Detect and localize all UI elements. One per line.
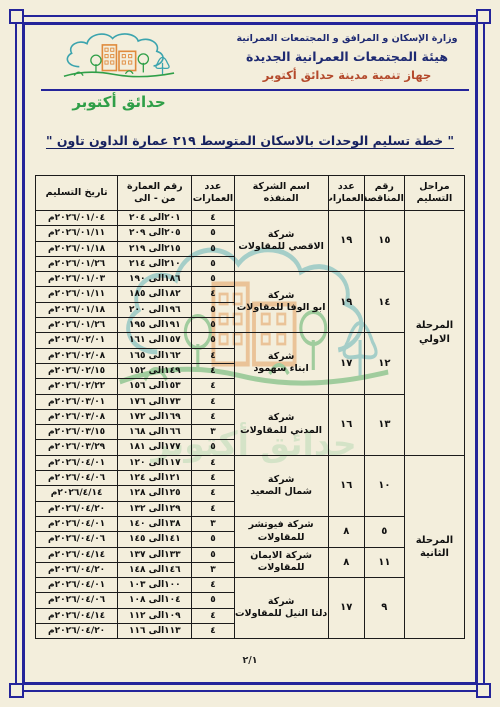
delivery-date-cell: ٢٠٢٦/٠١/١١م bbox=[36, 287, 118, 302]
delivery-date-cell: ٢٠٢٦/٠٤/٢٠م bbox=[36, 501, 118, 516]
delivery-date-cell: ٢٠٢٦/٠٤/٠١م bbox=[36, 455, 118, 470]
frame-corner-icon bbox=[476, 9, 491, 24]
delivery-date-cell: ٢٠٢٦/٠٢/٠١م bbox=[36, 333, 118, 348]
buildings-count-cell: ٥ bbox=[192, 318, 234, 333]
buildings-total-cell: ١٩ bbox=[328, 211, 364, 272]
building-range-cell: ١٣٣الى ١٣٧ bbox=[118, 547, 192, 562]
building-range-cell: ١٢٩الى ١٣٢ bbox=[118, 501, 192, 516]
delivery-date-cell: ٢٠٢٦/٠٤/٠١م bbox=[36, 516, 118, 531]
tender-number-cell: ٥ bbox=[364, 516, 404, 547]
tender-number-cell: ١٣ bbox=[364, 394, 404, 455]
city-logo-icon bbox=[49, 27, 189, 91]
header-text-block: وزارة الإسكان و المرافق و المجتمعات العم… bbox=[223, 33, 471, 82]
table-row: ١١٨شركة الايمان للمقاولات٥١٣٣الى ١٣٧٢٠٢٦… bbox=[36, 547, 465, 562]
table-row: المرحلة الثانية١٠١٦شركة شمال الصعيد٤١١٧ا… bbox=[36, 455, 465, 470]
buildings-count-cell: ٤ bbox=[192, 455, 234, 470]
company-name-cell: شركة دلتا النيل للمقاولات bbox=[234, 578, 328, 639]
building-range-cell: ١٠٩الى ١١٢ bbox=[118, 608, 192, 623]
col-header-buildings-count: عدد العمارات bbox=[192, 176, 234, 211]
building-range-cell: ٢٠١الى ٢٠٤ bbox=[118, 211, 192, 226]
col-header-company-name: اسم الشركة المنفذه bbox=[234, 176, 328, 211]
delivery-date-cell: ٢٠٢٦/٠١/٢٦م bbox=[36, 318, 118, 333]
agency-title: جهاز تنمية مدينة حدائق أكتوبر bbox=[223, 68, 471, 82]
delivery-date-cell: ٢٠٢٦/٠٤/٠١م bbox=[36, 578, 118, 593]
authority-title: هيئة المجتمعات العمرانية الجديدة bbox=[223, 49, 471, 64]
building-range-cell: ١٩٦الى ٢٠٠ bbox=[118, 302, 192, 317]
delivery-schedule-table: مراحل التسليمرقم المناقصةعدد العماراتاسم… bbox=[35, 175, 465, 639]
frame-corner-icon bbox=[476, 683, 491, 698]
buildings-total-cell: ٨ bbox=[328, 516, 364, 547]
building-range-cell: ١٥٧الى ١٦١ bbox=[118, 333, 192, 348]
building-range-cell: ٢١٥الى ٢١٩ bbox=[118, 241, 192, 256]
page: حدائق أكتوبر وزارة الإسكان و المرافق و ا… bbox=[0, 0, 500, 707]
delivery-date-cell: ٢٠٢٦/٠٤/١٤م bbox=[36, 608, 118, 623]
building-range-cell: ٢٠٥الى ٢٠٩ bbox=[118, 226, 192, 241]
buildings-count-cell: ٤ bbox=[192, 287, 234, 302]
company-name-cell: شركة ابناء سهمود bbox=[234, 333, 328, 394]
buildings-count-cell: ٤ bbox=[192, 211, 234, 226]
buildings-count-cell: ٤ bbox=[192, 624, 234, 639]
buildings-total-cell: ١٦ bbox=[328, 455, 364, 516]
buildings-total-cell: ١٧ bbox=[328, 333, 364, 394]
building-range-cell: ١٦٦الى ١٦٨ bbox=[118, 425, 192, 440]
tender-number-cell: ١٤ bbox=[364, 272, 404, 333]
company-name-cell: شركة الايمان للمقاولات bbox=[234, 547, 328, 578]
buildings-count-cell: ٤ bbox=[192, 486, 234, 501]
buildings-total-cell: ١٧ bbox=[328, 578, 364, 639]
delivery-date-cell: ٢٠٢٦/٠١/٢٦م bbox=[36, 256, 118, 271]
company-name-cell: شركة شمال الصعيد bbox=[234, 455, 328, 516]
col-header-tender-number: رقم المناقصة bbox=[364, 176, 404, 211]
buildings-count-cell: ٤ bbox=[192, 394, 234, 409]
company-name-cell: شركة المدني للمقاولات bbox=[234, 394, 328, 455]
table-row: ١٢١٧شركة ابناء سهمود٥١٥٧الى ١٦١٢٠٢٦/٠٢/٠… bbox=[36, 333, 465, 348]
delivery-date-cell: ٢٠٢٦/٠٢/٠٨م bbox=[36, 348, 118, 363]
building-range-cell: ١٠٠الى ١٠٣ bbox=[118, 578, 192, 593]
company-name-cell: شركة ابو الوفا للمقاولات bbox=[234, 272, 328, 333]
building-range-cell: ١٣٨الى ١٤٠ bbox=[118, 516, 192, 531]
buildings-count-cell: ٥ bbox=[192, 302, 234, 317]
delivery-phase-cell: المرحلة الاولي bbox=[404, 211, 464, 456]
buildings-count-cell: ٤ bbox=[192, 348, 234, 363]
delivery-date-cell: ٢٠٢٦/٠١/٠٣م bbox=[36, 272, 118, 287]
buildings-count-cell: ٥ bbox=[192, 256, 234, 271]
delivery-date-cell: ٢٠٢٦/٠٤/١٤م bbox=[36, 547, 118, 562]
delivery-date-cell: ٢٠٢٦/٠٢/٢٢م bbox=[36, 379, 118, 394]
buildings-total-cell: ١٩ bbox=[328, 272, 364, 333]
col-header-delivery-phase: مراحل التسليم bbox=[404, 176, 464, 211]
tender-number-cell: ١١ bbox=[364, 547, 404, 578]
buildings-count-cell: ٥ bbox=[192, 547, 234, 562]
tender-number-cell: ٩ bbox=[364, 578, 404, 639]
table-header-row: مراحل التسليمرقم المناقصةعدد العماراتاسم… bbox=[36, 176, 465, 211]
buildings-count-cell: ٣ bbox=[192, 562, 234, 577]
delivery-date-cell: ٢٠٢٦/٠٤/٠٦م bbox=[36, 593, 118, 608]
delivery-date-cell: ٢٠٢٦/٤/١٤م bbox=[36, 486, 118, 501]
building-range-cell: ١١٣الى ١١٦ bbox=[118, 624, 192, 639]
company-name-cell: شركة فيوتشر للمقاولات bbox=[234, 516, 328, 547]
buildings-count-cell: ٥ bbox=[192, 593, 234, 608]
buildings-count-cell: ٥ bbox=[192, 272, 234, 287]
building-range-cell: ١٨٢الى ١٨٥ bbox=[118, 287, 192, 302]
buildings-total-cell: ٨ bbox=[328, 547, 364, 578]
delivery-date-cell: ٢٠٢٦/٠٣/٠٨م bbox=[36, 409, 118, 424]
building-range-cell: ١٧٧الى ١٨١ bbox=[118, 440, 192, 455]
building-range-cell: ١٨٦الى ١٩٠ bbox=[118, 272, 192, 287]
tender-number-cell: ١٠ bbox=[364, 455, 404, 516]
buildings-count-cell: ٤ bbox=[192, 578, 234, 593]
buildings-count-cell: ٤ bbox=[192, 471, 234, 486]
delivery-date-cell: ٢٠٢٦/٠١/١٨م bbox=[36, 302, 118, 317]
building-range-cell: ١٦٩الى ١٧٢ bbox=[118, 409, 192, 424]
table-row: ٥٨شركة فيوتشر للمقاولات٣١٣٨الى ١٤٠٢٠٢٦/٠… bbox=[36, 516, 465, 531]
tender-number-cell: ١٥ bbox=[364, 211, 404, 272]
col-header-buildings-total: عدد العمارات bbox=[328, 176, 364, 211]
delivery-date-cell: ٢٠٢٦/٠٣/٢٩م bbox=[36, 440, 118, 455]
table-row: ١٣١٦شركة المدني للمقاولات٤١٧٣الى ١٧٦٢٠٢٦… bbox=[36, 394, 465, 409]
building-range-cell: ١٢٥الى ١٢٨ bbox=[118, 486, 192, 501]
buildings-count-cell: ٤ bbox=[192, 363, 234, 378]
table-row: ١٤١٩شركة ابو الوفا للمقاولات٥١٨٦الى ١٩٠٢… bbox=[36, 272, 465, 287]
col-header-building-range: رقم العمارة من - الى bbox=[118, 176, 192, 211]
buildings-count-cell: ٤ bbox=[192, 379, 234, 394]
building-range-cell: ١٢١الى ١٢٤ bbox=[118, 471, 192, 486]
building-range-cell: ١٠٤الى ١٠٨ bbox=[118, 593, 192, 608]
building-range-cell: ١٥٣الى ١٥٦ bbox=[118, 379, 192, 394]
building-range-cell: ١٩١الى ١٩٥ bbox=[118, 318, 192, 333]
delivery-date-cell: ٢٠٢٦/٠١/١١م bbox=[36, 226, 118, 241]
delivery-date-cell: ٢٠٢٦/٠٤/٢٠م bbox=[36, 624, 118, 639]
document-header: وزارة الإسكان و المرافق و المجتمعات العم… bbox=[27, 27, 473, 111]
delivery-date-cell: ٢٠٢٦/٠٢/١٥م bbox=[36, 363, 118, 378]
buildings-count-cell: ٤ bbox=[192, 409, 234, 424]
buildings-total-cell: ١٦ bbox=[328, 394, 364, 455]
buildings-count-cell: ٥ bbox=[192, 226, 234, 241]
building-range-cell: ١٤٩الى ١٥٢ bbox=[118, 363, 192, 378]
logo-caption: حدائق أكتوبر bbox=[49, 93, 189, 111]
ministry-title: وزارة الإسكان و المرافق و المجتمعات العم… bbox=[223, 33, 471, 44]
buildings-count-cell: ٤ bbox=[192, 608, 234, 623]
tender-number-cell: ١٢ bbox=[364, 333, 404, 394]
delivery-phase-cell: المرحلة الثانية bbox=[404, 455, 464, 639]
buildings-count-cell: ٣ bbox=[192, 516, 234, 531]
header-divider bbox=[41, 89, 469, 91]
delivery-date-cell: ٢٠٢٦/٠٣/١٥م bbox=[36, 425, 118, 440]
delivery-date-cell: ٢٠٢٦/٠٤/٠٦م bbox=[36, 471, 118, 486]
company-name-cell: شركة الاقصي للمقاولات bbox=[234, 211, 328, 272]
table-row: ٩١٧شركة دلتا النيل للمقاولات٤١٠٠الى ١٠٣٢… bbox=[36, 578, 465, 593]
delivery-date-cell: ٢٠٢٦/٠١/١٨م bbox=[36, 241, 118, 256]
building-range-cell: ٢١٠الى ٢١٤ bbox=[118, 256, 192, 271]
document-title: " خطة تسليم الوحدات بالاسكان المتوسط ٢١٩… bbox=[27, 133, 473, 148]
delivery-date-cell: ٢٠٢٦/٠٣/٠١م bbox=[36, 394, 118, 409]
frame-corner-icon bbox=[9, 683, 24, 698]
buildings-count-cell: ٥ bbox=[192, 440, 234, 455]
delivery-date-cell: ٢٠٢٦/٠٤/٢٠م bbox=[36, 562, 118, 577]
frame-corner-icon bbox=[9, 9, 24, 24]
buildings-count-cell: ٥ bbox=[192, 532, 234, 547]
buildings-count-cell: ٤ bbox=[192, 501, 234, 516]
building-range-cell: ١٧٣الى ١٧٦ bbox=[118, 394, 192, 409]
delivery-date-cell: ٢٠٢٦/٠٤/٠٦م bbox=[36, 532, 118, 547]
page-number: ٢/١ bbox=[27, 655, 473, 666]
building-range-cell: ١٦٢الى ١٦٥ bbox=[118, 348, 192, 363]
delivery-date-cell: ٢٠٢٦/٠١/٠٤م bbox=[36, 211, 118, 226]
col-header-delivery-date: تاريخ التسليم bbox=[36, 176, 118, 211]
building-range-cell: ١١٧الى ١٢٠ bbox=[118, 455, 192, 470]
table-row: المرحلة الاولي١٥١٩شركة الاقصي للمقاولات٤… bbox=[36, 211, 465, 226]
buildings-count-cell: ٥ bbox=[192, 333, 234, 348]
buildings-count-cell: ٥ bbox=[192, 241, 234, 256]
building-range-cell: ١٤١الى ١٤٥ bbox=[118, 532, 192, 547]
building-range-cell: ١٤٦الى ١٤٨ bbox=[118, 562, 192, 577]
buildings-count-cell: ٣ bbox=[192, 425, 234, 440]
